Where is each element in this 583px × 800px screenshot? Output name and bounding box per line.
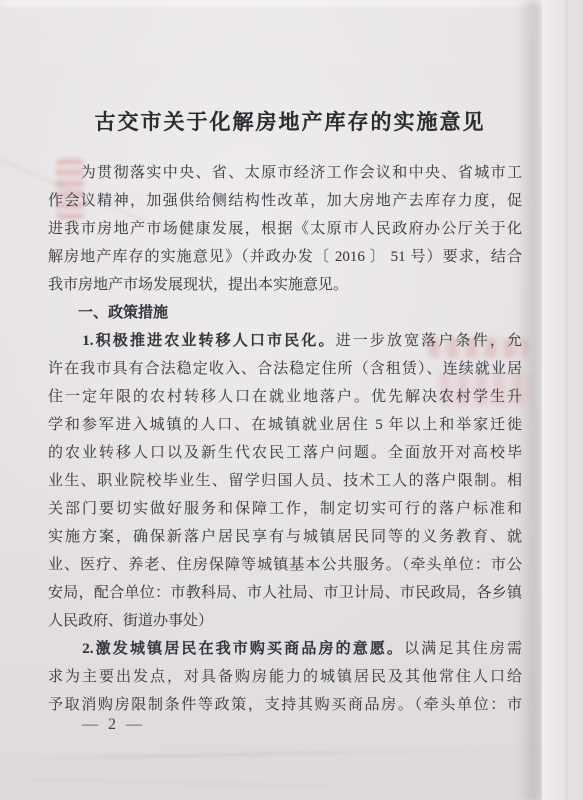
text-segment: 人民政府、街道办事处）: [48, 613, 213, 629]
text-line: 许在我市具有合法稳定收入、合法稳定住所（含租赁）、连续就业居: [48, 355, 522, 383]
bold-text-segment: 一、政策措施: [48, 305, 168, 321]
text-line: 我市房地产市场发展现状，提出本实施意见。: [48, 271, 522, 299]
text-segment: 求为主要出发点，对具备购房能力的城镇居民及其他常住人口给: [48, 669, 522, 685]
text-segment: 为贯彻落实中央、省、太原市经济工作会议和中央、省城市工: [48, 165, 522, 181]
text-segment: 进一步放宽落户条件，允: [336, 333, 522, 349]
text-line: 实施方案，确保新落户居民享有与城镇居民同等的义务教育、就: [48, 523, 522, 551]
text-segment: 予取消购房限制条件等政策，支持其购买商品房。（牵头单位：市: [48, 697, 522, 713]
text-segment: 安局，配合单位：市教科局、市人社局、市卫计局、市民政局，各乡镇: [48, 585, 522, 601]
text-segment: 学和参军进入城镇的人口、在城镇就业居住 5 年以上和举家迁徙: [48, 417, 522, 433]
bold-text-segment: 2.激发城镇居民在我市购买商品房的意愿。: [82, 641, 404, 657]
text-line: 安局，配合单位：市教科局、市人社局、市卫计局、市民政局，各乡镇: [48, 579, 522, 607]
text-segment: 我市房地产市场发展现状，提出本实施意见。: [48, 277, 348, 293]
text-line: 业生、职业院校毕业生、留学归国人员、技术工人的落户限制。相: [48, 467, 522, 495]
text-segment: 作会议精神，加强供给侧结构性改革，加大房地产去库存力度，促: [48, 193, 522, 209]
text-segment: 关部门要切实做好服务和保障工作，制定切实可行的落户标准和: [48, 501, 522, 517]
text-segment: 以满足其住房需: [404, 641, 522, 657]
paper-edge-line: [566, 0, 567, 800]
text-line: 为贯彻落实中央、省、太原市经济工作会议和中央、省城市工: [48, 159, 522, 187]
text-segment: 的农业转移人口以及新生代农民工落户问题。全面放开对高校毕: [48, 445, 522, 461]
page-number: — 2 —: [82, 716, 145, 734]
text-line: 关部门要切实做好服务和保障工作，制定切实可行的落户标准和: [48, 495, 522, 523]
text-line: 进我市房地产市场健康发展，根据《太原市人民政府办公厅关于化: [48, 215, 522, 243]
text-line: 人民政府、街道办事处）: [48, 607, 522, 635]
document-body: 为贯彻落实中央、省、太原市经济工作会议和中央、省城市工作会议精神，加强供给侧结构…: [48, 159, 522, 719]
text-segment: [48, 333, 82, 349]
text-line: 解房地产库存的实施意见》（并政办发〔 2016 〕 51 号）要求，结合: [48, 243, 522, 271]
text-segment: 许在我市具有合法稳定收入、合法稳定住所（含租赁）、连续就业居: [48, 361, 522, 377]
scan-edge-top: [0, 0, 583, 6]
text-line: 作会议精神，加强供给侧结构性改革，加大房地产去库存力度，促: [48, 187, 522, 215]
text-segment: 实施方案，确保新落户居民享有与城镇居民同等的义务教育、就: [48, 529, 522, 545]
scanned-page: 古交市关于化解房地产库存的实施意见 为贯彻落实中央、省、太原市经济工作会议和中央…: [0, 0, 583, 800]
text-segment: 解房地产库存的实施意见》（并政办发〔 2016 〕 51 号）要求，结合: [48, 249, 522, 265]
text-segment: 进我市房地产市场健康发展，根据《太原市人民政府办公厅关于化: [48, 221, 522, 237]
bold-text-segment: 1.积极推进农业转移人口市民化。: [82, 333, 335, 349]
text-segment: 住一定年限的农村转移人口在就业地落户。优先解决农村学生升: [48, 389, 522, 405]
text-line: 住一定年限的农村转移人口在就业地落户。优先解决农村学生升: [48, 383, 522, 411]
paper-crease: [30, 778, 330, 788]
text-line: 业、医疗、养老、住房保障等城镇基本公共服务。（牵头单位：市公: [48, 551, 522, 579]
text-segment: 业生、职业院校毕业生、留学归国人员、技术工人的落户限制。相: [48, 473, 522, 489]
text-line: 学和参军进入城镇的人口、在城镇就业居住 5 年以上和举家迁徙: [48, 411, 522, 439]
paper-crease: [0, 746, 583, 761]
text-line: 2.激发城镇居民在我市购买商品房的意愿。以满足其住房需: [48, 635, 522, 663]
text-line: 一、政策措施: [48, 299, 522, 327]
text-line: 1.积极推进农业转移人口市民化。进一步放宽落户条件，允: [48, 327, 522, 355]
text-line: 予取消购房限制条件等政策，支持其购买商品房。（牵头单位：市: [48, 691, 522, 719]
text-line: 的农业转移人口以及新生代农民工落户问题。全面放开对高校毕: [48, 439, 522, 467]
text-segment: 业、医疗、养老、住房保障等城镇基本公共服务。（牵头单位：市公: [48, 557, 522, 573]
text-segment: [48, 641, 82, 657]
document-title: 古交市关于化解房地产库存的实施意见: [20, 106, 560, 136]
text-line: 求为主要出发点，对具备购房能力的城镇居民及其他常住人口给: [48, 663, 522, 691]
